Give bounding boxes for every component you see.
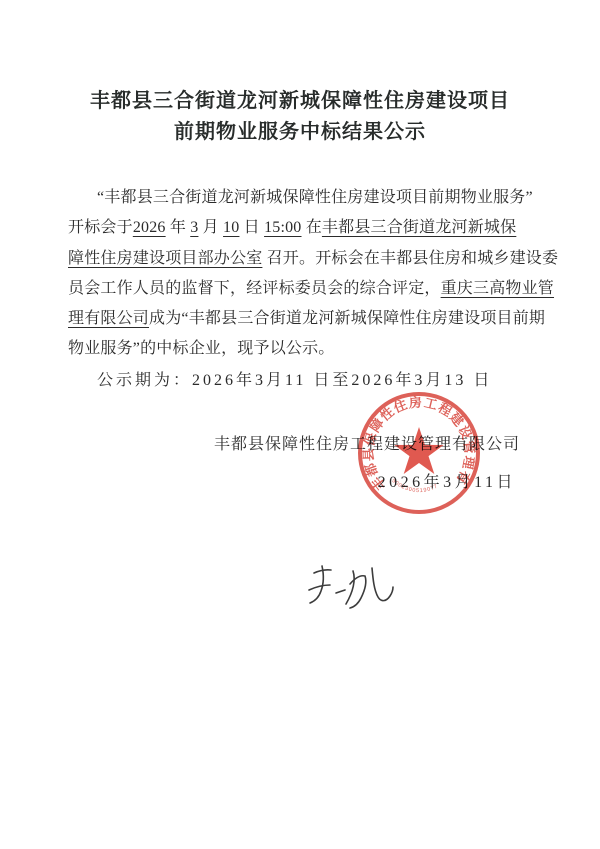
underlined-text: 2026 (133, 219, 166, 236)
body-line: “丰都县三合街道龙河新城保障性住房建设项目前期物业服务” (68, 183, 540, 213)
body-line: 理有限公司成为“丰都县三合街道龙河新城保障性住房建设项目前期 (68, 304, 540, 334)
body-line: 物业服务”的中标企业，现予以公示。 (68, 334, 540, 364)
text-segment: 开标会于 (68, 219, 133, 236)
text-segment: 成为“丰都县三合街道龙河新城保障性住房建设项目前期 (149, 310, 545, 327)
body-line: 员会工作人员的监督下，经评标委员会的综合评定，重庆三高物业管 (68, 274, 540, 304)
text-segment: 月 (198, 219, 223, 236)
text-segment: 物业服务”的中标企业，现予以公示。 (68, 340, 335, 357)
issue-date: 2026年3月11日 (378, 469, 516, 492)
issuer-company-name: 丰都县保障性住房工程建设管理有限公司 (214, 431, 520, 454)
text-segment: 员会工作人员的监督下，经评标委员会的综合评定， (68, 280, 441, 297)
underlined-text: 障性住房建设项目部办公室 (68, 250, 262, 267)
text-segment: 召开。开标会在丰都县住房和城乡建设委 (262, 250, 558, 267)
underlined-text: 15:00 (264, 219, 301, 236)
text-segment: 年 (166, 219, 191, 236)
underlined-text: 丰都县三合街道龙河新城保 (322, 219, 516, 236)
body-paragraph: “丰都县三合街道龙河新城保障性住房建设项目前期物业服务”开标会于2026 年 3… (68, 183, 540, 397)
document-title: 丰都县三合街道龙河新城保障性住房建设项目 前期物业服务中标结果公示 (0, 86, 600, 148)
body-line: 障性住房建设项目部办公室 召开。开标会在丰都县住房和城乡建设委 (68, 244, 540, 274)
title-line-1: 丰都县三合街道龙河新城保障性住房建设项目 (0, 86, 600, 117)
title-line-2: 前期物业服务中标结果公示 (0, 117, 600, 148)
announcement-document: 丰都县三合街道龙河新城保障性住房建设项目 前期物业服务中标结果公示 “丰都县三合… (0, 0, 600, 849)
body-lines: “丰都县三合街道龙河新城保障性住房建设项目前期物业服务”开标会于2026 年 3… (68, 183, 540, 365)
publicity-period: 公示期为：2026年3月11 日至2026年3月13 日 (68, 365, 540, 397)
handwritten-signature-icon (287, 560, 405, 635)
underlined-text: 10 (223, 219, 239, 236)
text-segment: 日 (239, 219, 264, 236)
text-segment: 在 (302, 219, 322, 236)
body-line: 开标会于2026 年 3 月 10 日 15:00 在丰都县三合街道龙河新城保 (68, 213, 540, 243)
text-segment: “丰都县三合街道龙河新城保障性住房建设项目前期物业服务” (97, 189, 533, 206)
handwritten-signature (287, 560, 405, 635)
underlined-text: 重庆三高物业管 (441, 280, 554, 297)
underlined-text: 理有限公司 (68, 310, 149, 327)
